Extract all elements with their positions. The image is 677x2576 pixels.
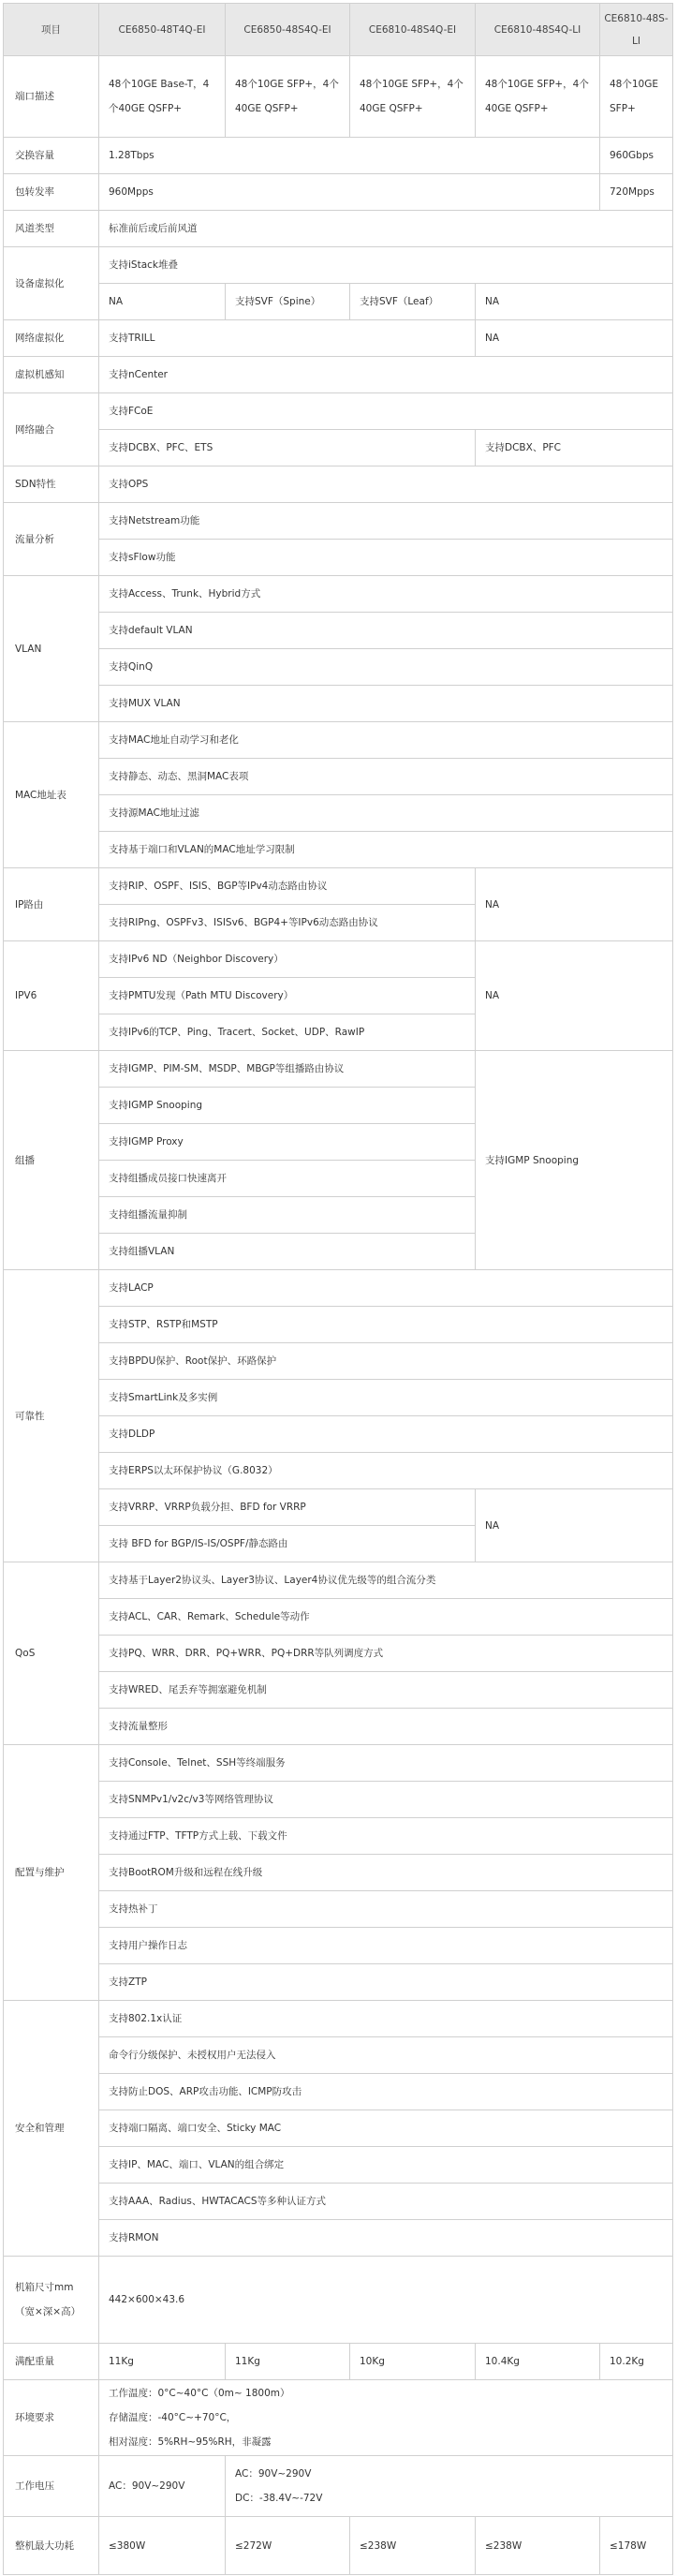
cell: 支持DLDP xyxy=(99,1416,673,1453)
cell: 支持基于Layer2协议头、Layer3协议、Layer4协议优先级等的组合流分… xyxy=(99,1562,673,1599)
cell: NA xyxy=(476,1489,673,1562)
row-mac: 支持基于端口和VLAN的MAC地址学习限制 xyxy=(4,832,673,868)
row-label: 网络融合 xyxy=(4,393,99,466)
cell: 支持Access、Trunk、Hybrid方式 xyxy=(99,576,673,613)
row-environment: 环境要求 工作温度：0°C~40°C（0m~ 1800m） 存储温度：-40°C… xyxy=(4,2380,673,2456)
row-power: 整机最大功耗 ≤380W ≤272W ≤238W ≤238W ≤178W xyxy=(4,2517,673,2575)
row-reliability: 支持SmartLink及多实例 xyxy=(4,1380,673,1416)
header-model: CE6810-48S4Q-EI xyxy=(350,4,476,56)
cell: 10Kg xyxy=(350,2344,476,2380)
cell: 支持VRRP、VRRP负载分担、BFD for VRRP xyxy=(99,1489,476,1526)
row-qos: QoS 支持基于Layer2协议头、Layer3协议、Layer4协议优先级等的… xyxy=(4,1562,673,1599)
cell: 442×600×43.6 xyxy=(99,2257,673,2344)
cell: 支持ACL、CAR、Remark、Schedule等动作 xyxy=(99,1599,673,1636)
row-traffic: 流量分析 支持Netstream功能 xyxy=(4,503,673,540)
cell: 支持端口隔离、端口安全、Sticky MAC xyxy=(99,2110,673,2147)
row-security: 安全和管理 支持802.1x认证 xyxy=(4,2001,673,2037)
row-security: 支持RMON xyxy=(4,2220,673,2257)
row-config: 支持ZTP xyxy=(4,1964,673,2001)
cell: 支持静态、动态、黑洞MAC表项 xyxy=(99,759,673,795)
cell: 支持热补丁 xyxy=(99,1891,673,1928)
cell: 支持SmartLink及多实例 xyxy=(99,1380,673,1416)
row-config: 支持通过FTP、TFTP方式上载、下载文件 xyxy=(4,1818,673,1855)
cell: 960Mpps xyxy=(99,174,600,211)
cell: 支持IPv6 ND（Neighbor Discovery） xyxy=(99,941,476,978)
cell: 10.2Kg xyxy=(600,2344,673,2380)
header-model: CE6850-48T4Q-EI xyxy=(99,4,226,56)
row-label: 整机最大功耗 xyxy=(4,2517,99,2575)
cell: NA xyxy=(476,284,673,320)
row-label: SDN特性 xyxy=(4,466,99,503)
row-security: 支持AAA、Radius、HWTACACS等多种认证方式 xyxy=(4,2184,673,2220)
row-security: 支持IP、MAC、端口、VLAN的组合绑定 xyxy=(4,2147,673,2184)
cell: 10.4Kg xyxy=(476,2344,600,2380)
row-mac: 支持源MAC地址过滤 xyxy=(4,795,673,832)
cell: NA xyxy=(476,320,673,357)
row-vlan: 支持QinQ xyxy=(4,649,673,686)
cell: 支持用户操作日志 xyxy=(99,1928,673,1964)
row-qos: 支持WRED、尾丢弃等拥塞避免机制 xyxy=(4,1672,673,1709)
row-label: 工作电压 xyxy=(4,2456,99,2517)
cell: 支持基于端口和VLAN的MAC地址学习限制 xyxy=(99,832,673,868)
cell: 支持 BFD for BGP/IS-IS/OSPF/静态路由 xyxy=(99,1526,476,1562)
row-vlan: VLAN 支持Access、Trunk、Hybrid方式 xyxy=(4,576,673,613)
row-device-virt-svf: NA 支持SVF（Spine） 支持SVF（Leaf） NA xyxy=(4,284,673,320)
row-label: 设备虚拟化 xyxy=(4,247,99,320)
row-label: 包转发率 xyxy=(4,174,99,211)
cell: NA xyxy=(99,284,226,320)
cell: 工作温度：0°C~40°C（0m~ 1800m） 存储温度：-40°C~+70°… xyxy=(99,2380,673,2456)
cell: NA xyxy=(476,941,673,1051)
row-net-virt: 网络虚拟化 支持TRILL NA xyxy=(4,320,673,357)
cell: AC：90V~290V xyxy=(99,2456,226,2517)
row-qos: 支持流量整形 xyxy=(4,1709,673,1745)
cell: 支持802.1x认证 xyxy=(99,2001,673,2037)
row-label: 配置与维护 xyxy=(4,1745,99,2001)
row-config: 支持SNMPv1/v2c/v3等网络管理协议 xyxy=(4,1782,673,1818)
row-vm-aware: 虚拟机感知 支持nCenter xyxy=(4,357,673,393)
cell: 支持IGMP Snooping xyxy=(99,1088,476,1124)
cell: 支持MAC地址自动学习和老化 xyxy=(99,722,673,759)
row-vlan: 支持default VLAN xyxy=(4,613,673,649)
row-label: 交换容量 xyxy=(4,138,99,174)
row-label: 满配重量 xyxy=(4,2344,99,2380)
cell: ≤238W xyxy=(350,2517,476,2575)
row-label: IP路由 xyxy=(4,868,99,941)
row-ipv6: IPV6 支持IPv6 ND（Neighbor Discovery） NA xyxy=(4,941,673,978)
cell: 支持ERPS以太环保护协议（G.8032） xyxy=(99,1453,673,1489)
row-label: 机箱尺寸mm（宽×深×高） xyxy=(4,2257,99,2344)
cell: 支持iStack堆叠 xyxy=(99,247,673,284)
row-label: 端口描述 xyxy=(4,56,99,138)
header-row: 项目 CE6850-48T4Q-EI CE6850-48S4Q-EI CE681… xyxy=(4,4,673,56)
header-item: 项目 xyxy=(4,4,99,56)
cell: 支持通过FTP、TFTP方式上载、下载文件 xyxy=(99,1818,673,1855)
row-device-virt: 设备虚拟化 支持iStack堆叠 xyxy=(4,247,673,284)
env-line: 相对湿度：5%RH~95%RH，非凝露 xyxy=(109,2430,663,2454)
cell: 48个10GE SFP+，4个40GE QSFP+ xyxy=(226,56,350,138)
cell: ≤178W xyxy=(600,2517,673,2575)
row-ip-routing: IP路由 支持RIP、OSPF、ISIS、BGP等IPv4动态路由协议 NA xyxy=(4,868,673,905)
cell: 支持SNMPv1/v2c/v3等网络管理协议 xyxy=(99,1782,673,1818)
cell: 支持DCBX、PFC xyxy=(476,430,673,466)
row-label: 虚拟机感知 xyxy=(4,357,99,393)
cell: ≤238W xyxy=(476,2517,600,2575)
cell: 支持IPv6的TCP、Ping、Tracert、Socket、UDP、RawIP xyxy=(99,1014,476,1051)
cell: 支持OPS xyxy=(99,466,673,503)
row-label: 组播 xyxy=(4,1051,99,1270)
row-reliability: 支持ERPS以太环保护协议（G.8032） xyxy=(4,1453,673,1489)
cell: 支持WRED、尾丢弃等拥塞避免机制 xyxy=(99,1672,673,1709)
row-label: IPV6 xyxy=(4,941,99,1051)
row-weight: 满配重量 11Kg 11Kg 10Kg 10.4Kg 10.2Kg xyxy=(4,2344,673,2380)
cell: 支持组播VLAN xyxy=(99,1234,476,1270)
cell: 支持DCBX、PFC、ETS xyxy=(99,430,476,466)
cell: 支持防止DOS、ARP攻击功能、ICMP防攻击 xyxy=(99,2074,673,2110)
cell: 支持PQ、WRR、DRR、PQ+WRR、PQ+DRR等队列调度方式 xyxy=(99,1636,673,1672)
cell: 支持RIPng、OSPFv3、ISISv6、BGP4+等IPv6动态路由协议 xyxy=(99,905,476,941)
row-multicast: 组播 支持IGMP、PIM-SM、MSDP、MBGP等组播路由协议 支持IGMP… xyxy=(4,1051,673,1088)
cell: 支持FCoE xyxy=(99,393,673,430)
row-voltage: 工作电压 AC：90V~290V AC：90V~290V DC：-38.4V~-… xyxy=(4,2456,673,2517)
cell: 支持TRILL xyxy=(99,320,476,357)
row-convergence-dcbx: 支持DCBX、PFC、ETS 支持DCBX、PFC xyxy=(4,430,673,466)
cell: 支持RMON xyxy=(99,2220,673,2257)
cell: 支持QinQ xyxy=(99,649,673,686)
cell: 960Gbps xyxy=(600,138,673,174)
row-label: 流量分析 xyxy=(4,503,99,576)
row-dimensions: 机箱尺寸mm（宽×深×高） 442×600×43.6 xyxy=(4,2257,673,2344)
cell: 支持STP、RSTP和MSTP xyxy=(99,1307,673,1343)
cell: 48个10GE SFP+ xyxy=(600,56,673,138)
cell: 支持AAA、Radius、HWTACACS等多种认证方式 xyxy=(99,2184,673,2220)
row-config: 支持热补丁 xyxy=(4,1891,673,1928)
cell: 1.28Tbps xyxy=(99,138,600,174)
row-label: QoS xyxy=(4,1562,99,1745)
row-reliability: 可靠性 支持LACP xyxy=(4,1270,673,1307)
row-reliability: 支持VRRP、VRRP负载分担、BFD for VRRP NA xyxy=(4,1489,673,1526)
cell: 支持LACP xyxy=(99,1270,673,1307)
cell: 支持组播流量抑制 xyxy=(99,1197,476,1234)
voltage-line: DC：-38.4V~-72V xyxy=(235,2486,663,2510)
cell: 720Mpps xyxy=(600,174,673,211)
row-vlan: 支持MUX VLAN xyxy=(4,686,673,722)
cell: ≤272W xyxy=(226,2517,350,2575)
cell: 支持PMTU发现（Path MTU Discovery） xyxy=(99,978,476,1014)
cell: ≤380W xyxy=(99,2517,226,2575)
voltage-line: AC：90V~290V xyxy=(235,2462,663,2486)
row-qos: 支持ACL、CAR、Remark、Schedule等动作 xyxy=(4,1599,673,1636)
row-security: 支持端口隔离、端口安全、Sticky MAC xyxy=(4,2110,673,2147)
cell: 48个10GE Base-T，4个40GE QSFP+ xyxy=(99,56,226,138)
row-forwarding: 包转发率 960Mpps 720Mpps xyxy=(4,174,673,211)
row-config: 支持用户操作日志 xyxy=(4,1928,673,1964)
env-line: 工作温度：0°C~40°C（0m~ 1800m） xyxy=(109,2381,663,2406)
row-label: 环境要求 xyxy=(4,2380,99,2456)
cell: 支持ZTP xyxy=(99,1964,673,2001)
cell: NA xyxy=(476,868,673,941)
cell: 支持SVF（Spine） xyxy=(226,284,350,320)
header-model: CE6810-48S-LI xyxy=(600,4,673,56)
row-mac: MAC地址表 支持MAC地址自动学习和老化 xyxy=(4,722,673,759)
row-security: 命令行分级保护、未授权用户无法侵入 xyxy=(4,2037,673,2074)
cell: 支持SVF（Leaf） xyxy=(350,284,476,320)
cell: 标准前后或后前风道 xyxy=(99,211,673,247)
row-label: 可靠性 xyxy=(4,1270,99,1562)
row-label: 安全和管理 xyxy=(4,2001,99,2257)
row-config: 配置与维护 支持Console、Telnet、SSH等终端服务 xyxy=(4,1745,673,1782)
row-switching: 交换容量 1.28Tbps 960Gbps xyxy=(4,138,673,174)
cell: 支持BootROM升级和远程在线升级 xyxy=(99,1855,673,1891)
row-qos: 支持PQ、WRR、DRR、PQ+WRR、PQ+DRR等队列调度方式 xyxy=(4,1636,673,1672)
row-sdn: SDN特性 支持OPS xyxy=(4,466,673,503)
row-reliability: 支持DLDP xyxy=(4,1416,673,1453)
cell: 支持default VLAN xyxy=(99,613,673,649)
spec-table: 项目 CE6850-48T4Q-EI CE6850-48S4Q-EI CE681… xyxy=(3,3,673,2575)
env-line: 存储温度：-40°C~+70°C， xyxy=(109,2406,663,2430)
row-reliability: 支持BPDU保护、Root保护、环路保护 xyxy=(4,1343,673,1380)
header-model: CE6850-48S4Q-EI xyxy=(226,4,350,56)
cell: 支持BPDU保护、Root保护、环路保护 xyxy=(99,1343,673,1380)
cell: 11Kg xyxy=(226,2344,350,2380)
cell: 支持Console、Telnet、SSH等终端服务 xyxy=(99,1745,673,1782)
cell: 命令行分级保护、未授权用户无法侵入 xyxy=(99,2037,673,2074)
cell: 支持sFlow功能 xyxy=(99,540,673,576)
cell: 支持IGMP Snooping xyxy=(476,1051,673,1270)
row-airflow: 风道类型 标准前后或后前风道 xyxy=(4,211,673,247)
row-traffic: 支持sFlow功能 xyxy=(4,540,673,576)
row-port: 端口描述 48个10GE Base-T，4个40GE QSFP+ 48个10GE… xyxy=(4,56,673,138)
row-label: 风道类型 xyxy=(4,211,99,247)
cell: 48个10GE SFP+，4个40GE QSFP+ xyxy=(476,56,600,138)
header-model: CE6810-48S4Q-LI xyxy=(476,4,600,56)
cell: AC：90V~290V DC：-38.4V~-72V xyxy=(226,2456,673,2517)
cell: 支持IGMP Proxy xyxy=(99,1124,476,1161)
row-label: VLAN xyxy=(4,576,99,722)
row-mac: 支持静态、动态、黑洞MAC表项 xyxy=(4,759,673,795)
cell: 支持IGMP、PIM-SM、MSDP、MBGP等组播路由协议 xyxy=(99,1051,476,1088)
row-reliability: 支持STP、RSTP和MSTP xyxy=(4,1307,673,1343)
row-security: 支持防止DOS、ARP攻击功能、ICMP防攻击 xyxy=(4,2074,673,2110)
row-label: 网络虚拟化 xyxy=(4,320,99,357)
row-config: 支持BootROM升级和远程在线升级 xyxy=(4,1855,673,1891)
cell: 支持组播成员接口快速离开 xyxy=(99,1161,476,1197)
cell: 支持源MAC地址过滤 xyxy=(99,795,673,832)
cell: 11Kg xyxy=(99,2344,226,2380)
cell: 支持MUX VLAN xyxy=(99,686,673,722)
cell: 支持Netstream功能 xyxy=(99,503,673,540)
cell: 支持IP、MAC、端口、VLAN的组合绑定 xyxy=(99,2147,673,2184)
row-label: MAC地址表 xyxy=(4,722,99,868)
cell: 支持RIP、OSPF、ISIS、BGP等IPv4动态路由协议 xyxy=(99,868,476,905)
cell: 48个10GE SFP+，4个40GE QSFP+ xyxy=(350,56,476,138)
cell: 支持nCenter xyxy=(99,357,673,393)
row-convergence: 网络融合 支持FCoE xyxy=(4,393,673,430)
cell: 支持流量整形 xyxy=(99,1709,673,1745)
